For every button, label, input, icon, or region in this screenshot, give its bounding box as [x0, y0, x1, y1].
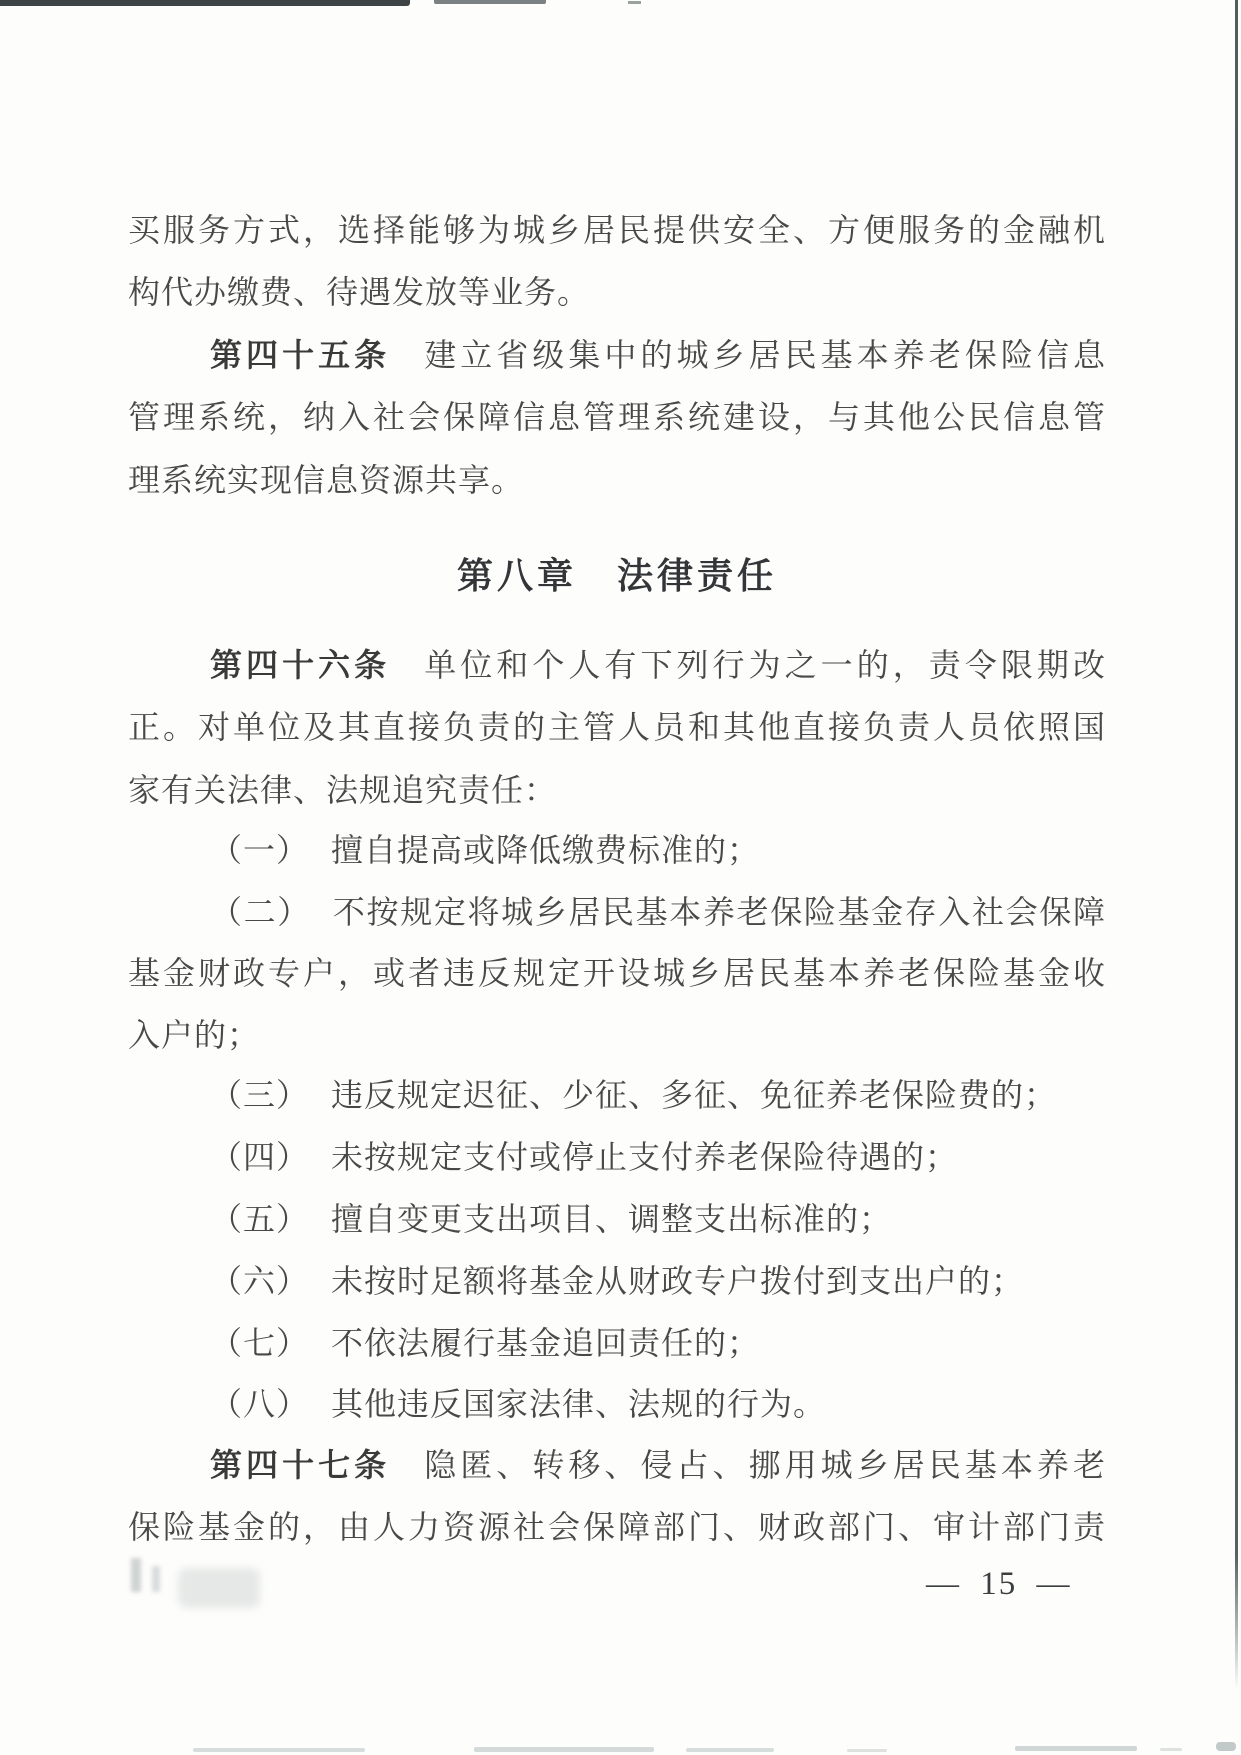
item-number: （二） — [210, 894, 311, 930]
scan-artifact-bottom-smudge — [1160, 1748, 1182, 1751]
line-text: 入户的； — [128, 1017, 260, 1053]
line-text: 擅自变更支出项目、调整支出标准的； — [331, 1201, 892, 1237]
line-text: 理系统实现信息资源共享。 — [128, 462, 524, 498]
scan-artifact-corner-blob — [1216, 1742, 1236, 1751]
text-line: 入户的； — [128, 1015, 1106, 1055]
scan-artifact-top-strip — [628, 1, 641, 4]
list-item-4: （四）未按规定支付或停止支付养老保险待遇的； — [128, 1137, 1106, 1177]
scan-artifact-ghost-mark — [131, 1558, 141, 1592]
item-number: （八） — [210, 1386, 309, 1422]
scan-artifact-ghost-mark — [178, 1568, 260, 1608]
text-line: 基金财政专户，或者违反规定开设城乡居民基本养老保险基金收 — [128, 953, 1106, 993]
list-item-3: （三）违反规定迟征、少征、多征、免征养老保险费的； — [128, 1075, 1106, 1115]
list-item-2: （二）不按规定将城乡居民基本养老保险基金存入社会保障 — [128, 892, 1106, 932]
list-item-1: （一）擅自提高或降低缴费标准的； — [128, 830, 1106, 870]
list-item-7: （七）不依法履行基金追回责任的； — [128, 1323, 1106, 1363]
scan-artifact-bottom-smudge — [847, 1749, 887, 1752]
chapter-heading: 第八章 法律责任 — [128, 548, 1106, 599]
scan-artifact-bottom-smudge — [474, 1747, 654, 1752]
article-46-line: 第四十六条单位和个人有下列行为之一的，责令限期改 — [128, 645, 1106, 685]
line-text: 建立省级集中的城乡居民基本养老保险信息 — [424, 337, 1106, 373]
item-number: （一） — [210, 832, 309, 868]
text-line: 管理系统，纳入社会保障信息管理系统建设，与其他公民信息管 — [128, 397, 1106, 437]
text-line: 正。对单位及其直接负责的主管人员和其他直接负责人员依照国 — [128, 707, 1106, 747]
scan-artifact-right-line — [1235, 0, 1238, 1690]
scan-artifact-top-strip — [434, 0, 546, 4]
line-text: 管理系统，纳入社会保障信息管理系统建设，与其他公民信息管 — [128, 399, 1106, 435]
item-number: （三） — [210, 1077, 309, 1113]
scanned-document-page: 买服务方式，选择能够为城乡居民提供安全、方便服务的金融机 构代办缴费、待遇发放等… — [0, 0, 1241, 1755]
list-item-6: （六）未按时足额将基金从财政专户拨付到支出户的； — [128, 1261, 1106, 1301]
line-text: 正。对单位及其直接负责的主管人员和其他直接负责人员依照国 — [128, 709, 1106, 745]
line-text: 其他违反国家法律、法规的行为。 — [331, 1386, 826, 1422]
line-text: 基金财政专户，或者违反规定开设城乡居民基本养老保险基金收 — [128, 955, 1106, 991]
line-text: 隐匿、转移、侵占、挪用城乡居民基本养老 — [424, 1447, 1106, 1483]
line-text: 保险基金的，由人力资源社会保障部门、财政部门、审计部门责 — [128, 1509, 1106, 1545]
scan-artifact-bottom-smudge — [686, 1748, 774, 1752]
line-text: 擅自提高或降低缴费标准的； — [331, 832, 760, 868]
item-number: （七） — [210, 1325, 309, 1361]
article-number: 第四十七条 — [210, 1447, 390, 1483]
list-item-5: （五）擅自变更支出项目、调整支出标准的； — [128, 1199, 1106, 1239]
line-text: 违反规定迟征、少征、多征、免征养老保险费的； — [331, 1077, 1057, 1113]
scan-artifact-top-strip — [0, 0, 410, 6]
line-text: 未按时足额将基金从财政专户拨付到支出户的； — [331, 1263, 1024, 1299]
page-number: — 15 — — [926, 1566, 1072, 1603]
line-text: 构代办缴费、待遇发放等业务。 — [128, 274, 590, 310]
text-line: 理系统实现信息资源共享。 — [128, 460, 1106, 500]
scan-artifact-bottom-smudge — [193, 1748, 365, 1752]
scan-artifact-ghost-mark — [152, 1566, 160, 1592]
line-text: 未按规定支付或停止支付养老保险待遇的； — [331, 1139, 958, 1175]
line-text: 不依法履行基金追回责任的； — [331, 1325, 760, 1361]
text-line: 构代办缴费、待遇发放等业务。 — [128, 272, 1106, 312]
list-item-8: （八）其他违反国家法律、法规的行为。 — [128, 1384, 1106, 1424]
text-line: 保险基金的，由人力资源社会保障部门、财政部门、审计部门责 — [128, 1507, 1106, 1547]
line-text: 不按规定将城乡居民基本养老保险基金存入社会保障 — [333, 894, 1106, 930]
text-line: 买服务方式，选择能够为城乡居民提供安全、方便服务的金融机 — [128, 210, 1106, 250]
line-text: 买服务方式，选择能够为城乡居民提供安全、方便服务的金融机 — [128, 212, 1106, 248]
line-text: 单位和个人有下列行为之一的，责令限期改 — [424, 647, 1106, 683]
article-45-line: 第四十五条建立省级集中的城乡居民基本养老保险信息 — [128, 335, 1106, 375]
scan-artifact-bottom-smudge — [1015, 1746, 1137, 1751]
line-text: 家有关法律、法规追究责任： — [128, 772, 557, 808]
article-47-line: 第四十七条隐匿、转移、侵占、挪用城乡居民基本养老 — [128, 1445, 1106, 1485]
article-number: 第四十五条 — [210, 337, 390, 373]
article-number: 第四十六条 — [210, 647, 390, 683]
item-number: （六） — [210, 1263, 309, 1299]
text-line: 家有关法律、法规追究责任： — [128, 770, 1106, 810]
item-number: （四） — [210, 1139, 309, 1175]
item-number: （五） — [210, 1201, 309, 1237]
